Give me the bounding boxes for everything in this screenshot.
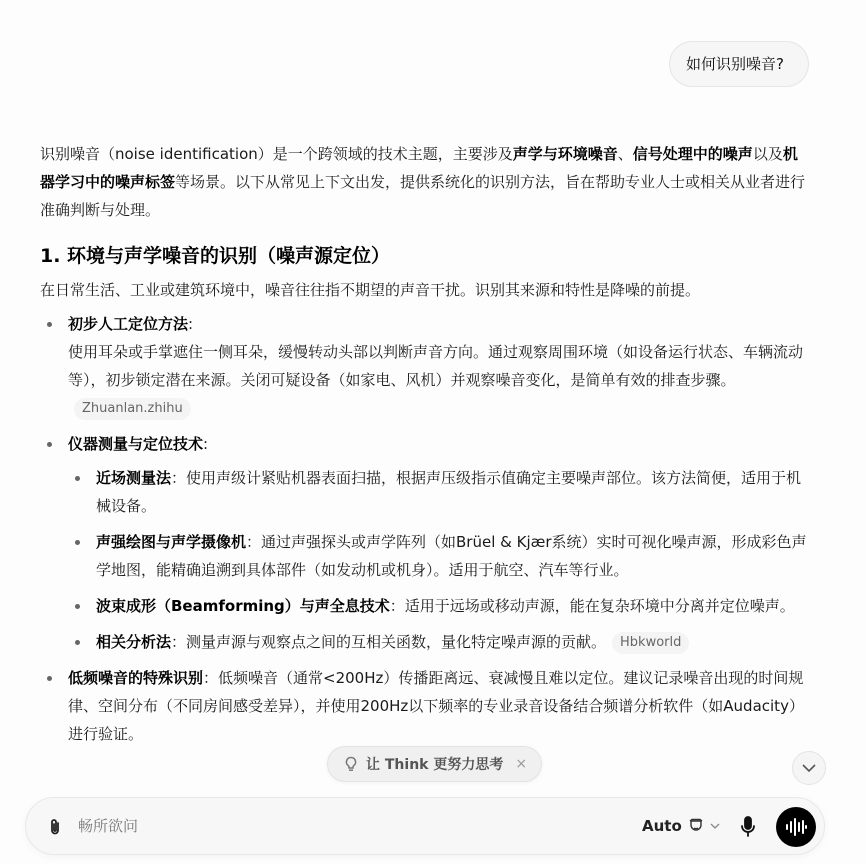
chevron-down-icon [710, 823, 720, 829]
paperclip-icon[interactable] [46, 817, 64, 837]
section-heading: 1. 环境与声学噪音的识别（噪声源定位） [40, 242, 810, 270]
item-colon: : [188, 315, 193, 333]
sub-item-title: 近场测量法 [96, 469, 171, 487]
answer-intro: 识别噪音（noise identification）是一个跨领域的技术主题，主要… [40, 140, 810, 224]
intro-bold: 声学与环境噪音 [513, 145, 618, 163]
assistant-answer: 识别噪音（noise identification）是一个跨领域的技术主题，主要… [40, 140, 810, 756]
method-list: 初步人工定位方法: 使用耳朵或手掌遮住一侧耳朵，缓慢转动头部以判断声音方向。通过… [40, 310, 810, 748]
intro-bold: 信号处理中的噪声 [633, 145, 753, 163]
close-icon[interactable]: × [515, 756, 527, 772]
message-input[interactable] [78, 798, 598, 854]
microphone-icon[interactable] [740, 816, 756, 838]
message-composer: Auto [25, 797, 825, 855]
user-message-bubble: 如何识别噪音? [669, 41, 809, 87]
lightbulb-icon [344, 756, 358, 772]
item-title: 低频噪音的特殊识别 [68, 669, 203, 687]
sub-item-title: 声强绘图与声学摄像机 [96, 533, 246, 551]
item-colon: : [203, 435, 208, 453]
sub-item-text: ：适用于远场或移动声源，能在复杂环境中分离并定位噪声。 [390, 597, 795, 615]
intro-text: 、 [618, 145, 633, 163]
model-label: Auto [642, 817, 682, 835]
sub-item-title: 相关分析法 [96, 633, 171, 651]
item-title: 仪器测量与定位技术 [68, 435, 203, 453]
sub-item-title: 波束成形（Beamforming）与声全息技术 [96, 597, 390, 615]
voice-waveform-icon [785, 817, 807, 837]
item-title: 初步人工定位方法 [68, 315, 188, 333]
list-item: 低频噪音的特殊识别：低频噪音（通常<200Hz）传播距离远、衰减慢且难以定位。建… [40, 664, 810, 748]
section-lead: 在日常生活、工业或建筑环境中，噪音往往指不期望的声音干扰。识别其来源和特性是降噪… [40, 276, 810, 304]
intro-text: 识别噪音（noise identification）是一个跨领域的技术主题，主要… [40, 145, 513, 163]
list-item: 初步人工定位方法: 使用耳朵或手掌遮住一侧耳朵，缓慢转动头部以判断声音方向。通过… [40, 310, 810, 422]
think-pill-label: 让 Think 更努力思考 [366, 754, 503, 774]
think-harder-pill[interactable]: 让 Think 更努力思考 × [327, 746, 542, 782]
citation-link[interactable]: Zhuanlan.zhihu [74, 398, 191, 420]
intro-text: 以及 [753, 145, 783, 163]
sub-list-item: 波束成形（Beamforming）与声全息技术：适用于远场或移动声源，能在复杂环… [68, 592, 810, 620]
sub-list-item: 近场测量法：使用声级计紧贴机器表面扫描，根据声压级指示值确定主要噪声部位。该方法… [68, 464, 810, 520]
citation-link[interactable]: Hbkworld [612, 632, 689, 654]
sub-list-item: 相关分析法：测量声源与观察点之间的互相关函数，量化特定噪声源的贡献。Hbkwor… [68, 628, 810, 656]
sub-list-item: 声强绘图与声学摄像机：通过声强探头或声学阵列（如Brüel & Kjær系统）实… [68, 528, 810, 584]
scroll-to-bottom-button[interactable] [792, 751, 826, 785]
sub-list: 近场测量法：使用声级计紧贴机器表面扫描，根据声压级指示值确定主要噪声部位。该方法… [68, 464, 810, 656]
item-body: 使用耳朵或手掌遮住一侧耳朵，缓慢转动头部以判断声音方向。通过观察周围环境（如设备… [68, 343, 803, 389]
sub-item-text: ：测量声源与观察点之间的互相关函数，量化特定噪声源的贡献。 [171, 633, 606, 651]
chevron-down-icon [802, 764, 816, 772]
sub-item-text: ：使用声级计紧贴机器表面扫描，根据声压级指示值确定主要噪声部位。该方法简便，适用… [96, 469, 801, 515]
model-selector[interactable]: Auto [642, 812, 720, 840]
voice-mode-button[interactable] [776, 807, 816, 847]
list-item: 仪器测量与定位技术: 近场测量法：使用声级计紧贴机器表面扫描，根据声压级指示值确… [40, 430, 810, 656]
model-mode-icon [688, 818, 704, 834]
